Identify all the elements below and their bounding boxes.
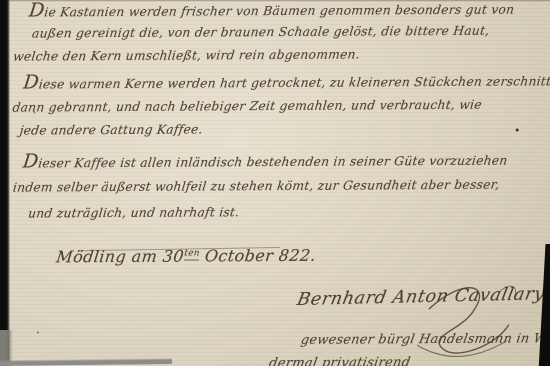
ink-speck	[34, 111, 36, 113]
dateline: Mödling am 30ten October 822.	[55, 246, 317, 267]
dateline-ordinal-superscript: ten	[183, 248, 200, 260]
handwriting-layer: Die Kastanien werden frischer von Bäumen…	[0, 0, 550, 366]
manuscript-scan: Die Kastanien werden frischer von Bäumen…	[0, 0, 550, 366]
dateline-rest: October 822.	[198, 246, 317, 266]
scan-top-shadow	[0, 0, 550, 2]
body-line: dann gebrannt, und nach beliebiger Zeit …	[12, 98, 483, 115]
body-line: Dieser Kaffee ist allen inländisch beste…	[22, 152, 509, 171]
body-line: Die Kastanien werden frischer von Bäumen…	[28, 1, 515, 20]
body-line: jede andere Gattung Kaffee.	[19, 122, 204, 137]
signature-flourish	[357, 274, 538, 365]
dateline-prefix: am 30	[125, 247, 185, 266]
signature-partial-line: dermal privatisirend	[268, 355, 412, 366]
scan-left-edge	[0, 0, 10, 366]
ink-speck	[37, 331, 39, 333]
dateline-place: Mödling	[55, 247, 127, 266]
body-line: Diese warmen Kerne werden hart getrockne…	[22, 72, 550, 91]
body-line: außen gereinigt die, von der braunen Sch…	[31, 24, 490, 41]
signature-title-line: gewesener bürgl Handelsmann in Wien,	[300, 331, 550, 348]
body-line: indem selber äußerst wohlfeil zu stehen …	[12, 178, 500, 195]
body-line: welche den Kern umschließt, wird rein ab…	[12, 47, 360, 63]
ink-speck	[516, 129, 519, 132]
body-line: und zuträglich, und nahrhaft ist.	[27, 205, 240, 220]
